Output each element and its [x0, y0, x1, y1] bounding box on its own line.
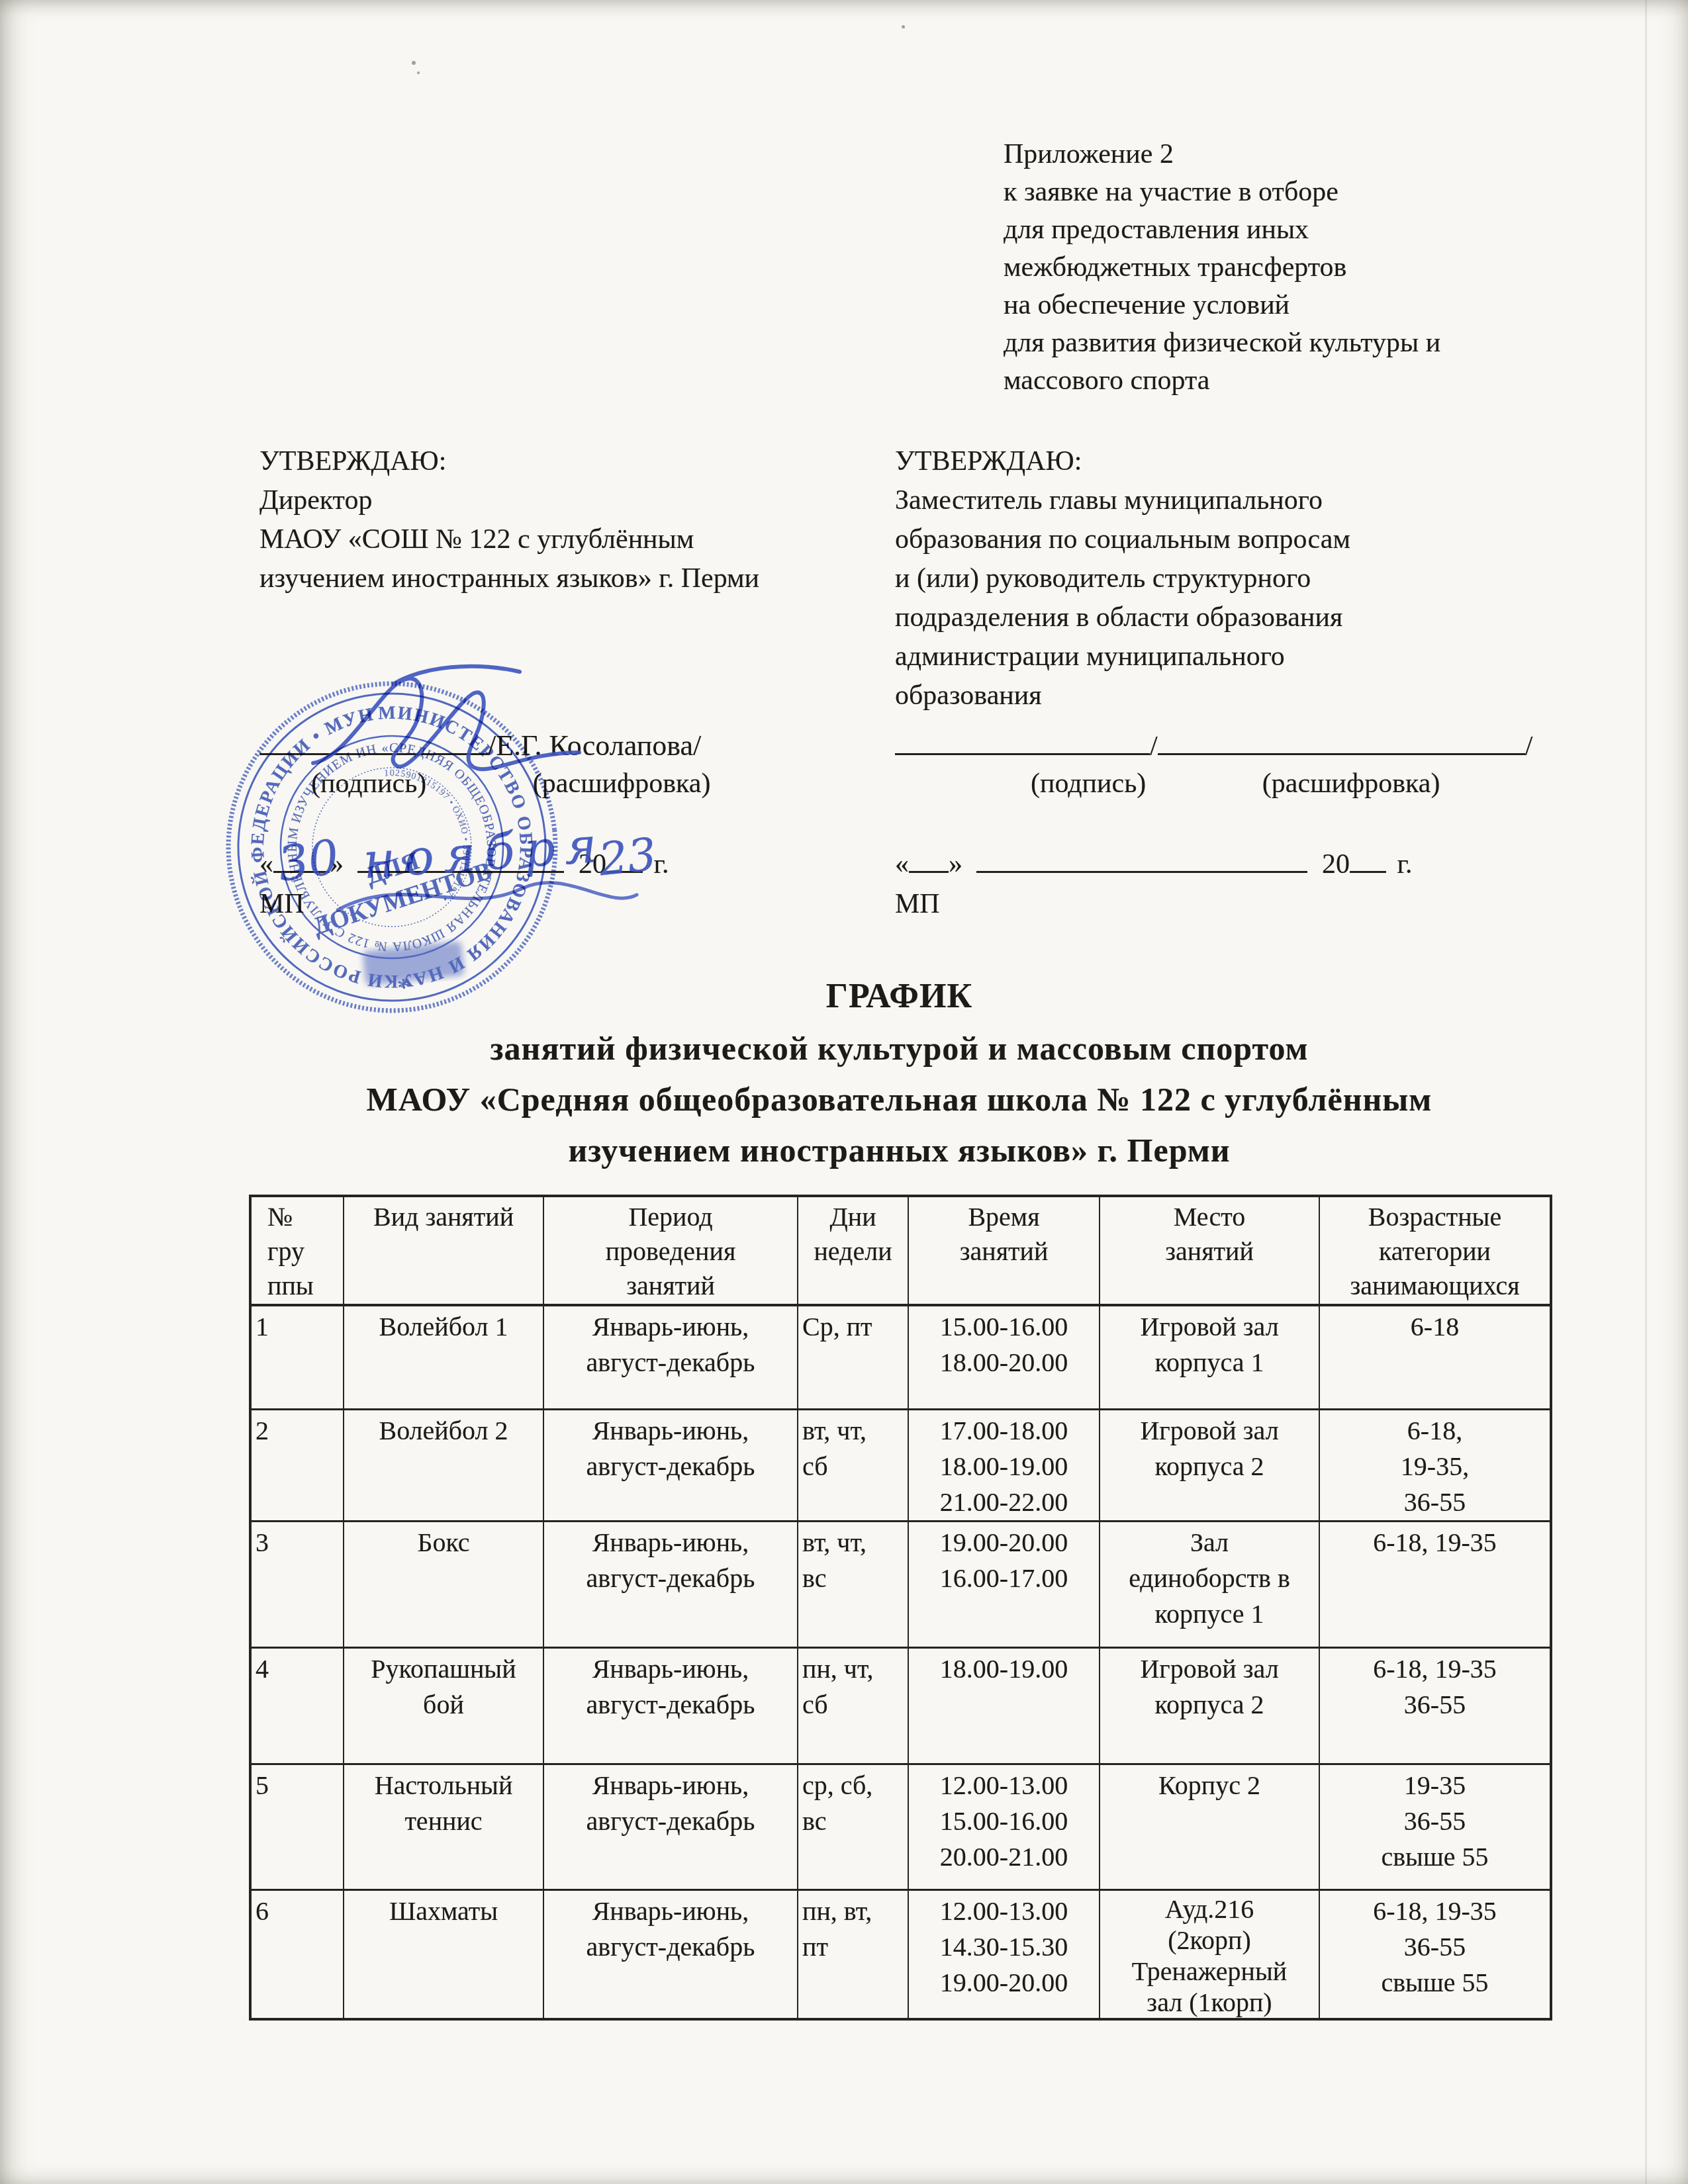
cell-days: вт, чт,вс	[798, 1521, 908, 1647]
caption-rasshifrovka: (расшифровка)	[1262, 768, 1440, 799]
handwritten-year: 23	[596, 829, 659, 887]
table-row: 4 Рукопашныйбой Январь-июнь,август-декаб…	[250, 1647, 1551, 1764]
cell-time: 18.00-19.00	[908, 1647, 1100, 1764]
paper-speck	[902, 25, 905, 28]
mp-label: МП	[895, 889, 940, 919]
cell-time: 12.00-13.0015.00-16.0020.00-21.00	[908, 1764, 1100, 1889]
cell-group-number: 6	[250, 1889, 344, 2019]
cell-days: вт, чт,сб	[798, 1409, 908, 1521]
cell-time: 15.00-16.0018.00-20.00	[908, 1305, 1100, 1409]
cell-kind: Шахматы	[344, 1889, 543, 2019]
col-header-kind: Вид занятий	[344, 1196, 543, 1305]
approval-line: Директор	[259, 481, 882, 520]
cell-period: Январь-июнь,август-декабрь	[543, 1764, 798, 1889]
approval-line: УТВЕРЖДАЮ:	[259, 442, 882, 481]
appendix-line: для развития физической культуры и	[1004, 324, 1553, 362]
cell-group-number: 5	[250, 1764, 344, 1889]
col-header-place: Местозанятий	[1100, 1196, 1319, 1305]
cell-days: пн, вт,пт	[798, 1889, 908, 2019]
appendix-line: Приложение 2	[1004, 136, 1553, 173]
cell-days: Ср, пт	[798, 1305, 908, 1409]
title-line: изучением иностранных языков» г. Перми	[249, 1125, 1550, 1176]
cell-period: Январь-июнь,август-декабрь	[543, 1305, 798, 1409]
signature-underline	[895, 727, 1150, 755]
cell-group-number: 2	[250, 1409, 344, 1521]
cell-kind: Волейбол 1	[344, 1305, 543, 1409]
title-line: МАОУ «Средняя общеобразовательная школа …	[249, 1074, 1550, 1125]
date-row: «» 20 г.	[895, 844, 1557, 888]
caption-row: (подпись) (расшифровка)	[895, 768, 1557, 807]
cell-place: Игровой залкорпуса 2	[1100, 1409, 1319, 1521]
table-row: 3 Бокс Январь-июнь,август-декабрь вт, чт…	[250, 1521, 1551, 1647]
cell-group-number: 1	[250, 1305, 344, 1409]
school-round-stamp: МИНИСТЕРСТВО ОБРАЗОВАНИЯ И НАУКИ РОССИЙС…	[206, 661, 579, 1034]
name-underline	[1158, 727, 1525, 755]
date-month-underline	[976, 844, 1307, 873]
cell-place: Ауд.216(2корп)Тренажерныйзал (1корп)	[1100, 1889, 1319, 2019]
approval-block-director: УТВЕРЖДАЮ: Директор МАОУ «СОШ № 122 с уг…	[259, 442, 882, 598]
cell-kind: Бокс	[344, 1521, 543, 1647]
quote-close: »	[949, 849, 962, 880]
col-header-ages: Возрастныекатегориизанимающихся	[1319, 1196, 1551, 1305]
cell-place: Игровой залкорпуса 2	[1100, 1647, 1319, 1764]
quote-open: «	[895, 849, 909, 880]
approval-line: образования по социальным вопросам	[895, 520, 1517, 559]
table-row: 5 Настольныйтеннис Январь-июнь,август-де…	[250, 1764, 1551, 1889]
paper-speck	[417, 71, 420, 74]
col-header-time: Времязанятий	[908, 1196, 1100, 1305]
year-word: г.	[1397, 849, 1413, 880]
slash: /	[1150, 731, 1158, 762]
cell-days: пн, чт,сб	[798, 1647, 908, 1764]
cell-time: 12.00-13.0014.30-15.3019.00-20.00	[908, 1889, 1100, 2019]
cell-period: Январь-июнь,август-декабрь	[543, 1647, 798, 1764]
date-day-underline	[909, 844, 949, 873]
cell-days: ср, сб,вс	[798, 1764, 908, 1889]
cell-period: Январь-июнь,август-декабрь	[543, 1889, 798, 2019]
cell-ages: 6-18	[1319, 1305, 1551, 1409]
title-line: занятий физической культурой и массовым …	[249, 1023, 1550, 1074]
cell-group-number: 4	[250, 1647, 344, 1764]
cell-time: 19.00-20.0016.00-17.00	[908, 1521, 1100, 1647]
mp-row: МП	[895, 888, 1557, 928]
cell-period: Январь-июнь,август-декабрь	[543, 1409, 798, 1521]
col-header-days: Днинедели	[798, 1196, 908, 1305]
cell-place: Залединоборств вкорпусе 1	[1100, 1521, 1319, 1647]
table-header-row: №группы Вид занятий Периодпроведениязаня…	[250, 1196, 1551, 1305]
approval-line: изучением иностранных языков» г. Перми	[259, 559, 882, 598]
cell-time: 17.00-18.0018.00-19.0021.00-22.00	[908, 1409, 1100, 1521]
date-year-underline	[1350, 844, 1386, 873]
slash: /	[1525, 731, 1533, 762]
cell-place: Игровой залкорпуса 1	[1100, 1305, 1319, 1409]
appendix-line: на обеспечение условий	[1004, 287, 1553, 324]
cell-ages: 6-18,19-35,36-55	[1319, 1409, 1551, 1521]
cell-group-number: 3	[250, 1521, 344, 1647]
col-header-period: Периодпроведениязанятий	[543, 1196, 798, 1305]
cell-period: Январь-июнь,август-декабрь	[543, 1521, 798, 1647]
signature-block-right: // (подпись) (расшифровка) «» 20 г. МП	[895, 727, 1557, 928]
caption-podpis: (подпись)	[1031, 768, 1146, 799]
appendix-line: для предоставления иных	[1004, 211, 1553, 249]
approval-line: подразделения в области образования	[895, 598, 1517, 637]
year-prefix: 20	[1322, 849, 1350, 880]
cell-ages: 6-18, 19-35	[1319, 1521, 1551, 1647]
cell-ages: 6-18, 19-3536-55	[1319, 1647, 1551, 1764]
appendix-line: к заявке на участие в отборе	[1004, 173, 1553, 211]
approval-line: администрации муниципального	[895, 637, 1517, 676]
approval-line: МАОУ «СОШ № 122 с углублённым	[259, 520, 882, 559]
approval-line: образования	[895, 676, 1517, 715]
paper-speck	[412, 61, 416, 65]
cell-place: Корпус 2	[1100, 1764, 1319, 1889]
appendix-line: межбюджетных трансфертов	[1004, 249, 1553, 287]
cell-kind: Настольныйтеннис	[344, 1764, 543, 1889]
approval-line: УТВЕРЖДАЮ:	[895, 442, 1517, 481]
cell-ages: 6-18, 19-3536-55свыше 55	[1319, 1889, 1551, 2019]
cell-kind: Волейбол 2	[344, 1409, 543, 1521]
table-row: 2 Волейбол 2 Январь-июнь,август-декабрь …	[250, 1409, 1551, 1521]
col-header-group-number: №группы	[250, 1196, 344, 1305]
schedule-table: №группы Вид занятий Периодпроведениязаня…	[249, 1195, 1552, 2021]
appendix-block: Приложение 2 к заявке на участие в отбор…	[1004, 136, 1553, 400]
scanned-document-page: Приложение 2 к заявке на участие в отбор…	[0, 0, 1688, 2184]
approval-line: и (или) руководитель структурного	[895, 559, 1517, 598]
table-row: 6 Шахматы Январь-июнь,август-декабрь пн,…	[250, 1889, 1551, 2019]
approval-line: Заместитель главы муниципального	[895, 481, 1517, 520]
cell-ages: 19-3536-55свыше 55	[1319, 1764, 1551, 1889]
appendix-line: массового спорта	[1004, 362, 1553, 400]
signature-line-row: //	[895, 727, 1557, 768]
table-row: 1 Волейбол 1 Январь-июнь,август-декабрь …	[250, 1305, 1551, 1409]
cell-kind: Рукопашныйбой	[344, 1647, 543, 1764]
approval-block-deputy: УТВЕРЖДАЮ: Заместитель главы муниципальн…	[895, 442, 1517, 715]
